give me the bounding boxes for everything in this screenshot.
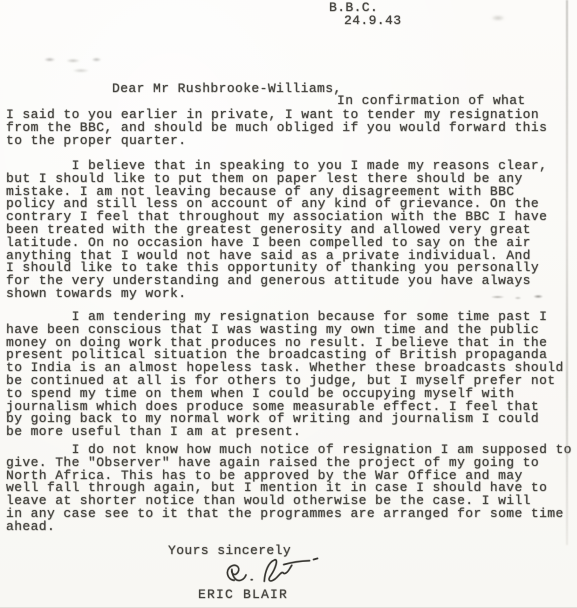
margin-smudge	[486, 292, 544, 302]
pencil-smudge	[38, 53, 116, 75]
page-edge-line	[566, 0, 568, 545]
paragraph-2: I believe that in speaking to you I made…	[6, 160, 547, 301]
signer-name: ERIC BLAIR	[198, 589, 288, 602]
paragraph-3: I am tendering my resignation because fo…	[6, 311, 564, 439]
letter-page: B.B.C. 24.9.43 Dear Mr Rushbrooke-Willia…	[0, 0, 577, 608]
paragraph-4: I do not know how much notice of resigna…	[6, 444, 572, 534]
letterhead-date: 24.9.43	[344, 15, 401, 28]
salutation: Dear Mr Rushbrooke-Williams,	[112, 83, 342, 96]
paragraph-1: I said to you earlier in private, I want…	[6, 109, 547, 147]
scan-smudge	[485, 12, 511, 24]
opening-phrase: In confirmation of what	[337, 95, 526, 108]
